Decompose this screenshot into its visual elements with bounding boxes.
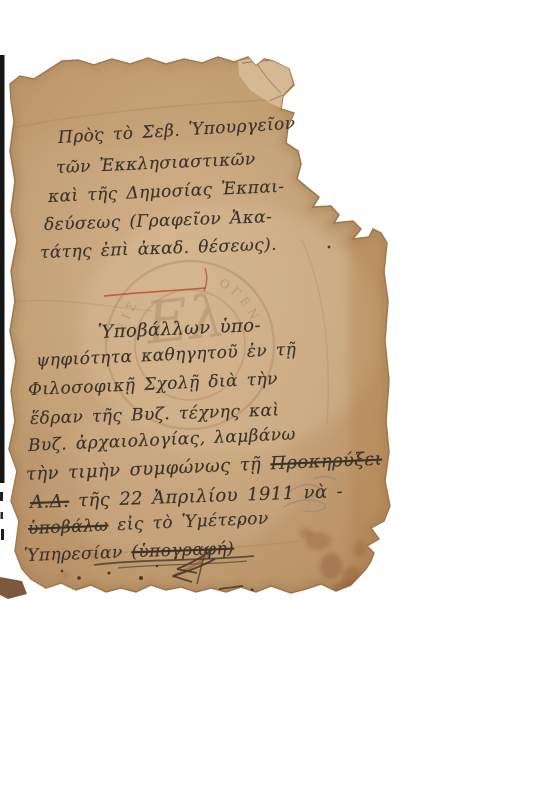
handwritten-line-2: τῶν Ἐκκλησιαστικῶν [56, 149, 256, 178]
handwritten-line-4: δεύσεως (Γραφεῖον Ἀκα- [44, 207, 273, 235]
handwritten-line-13: ὑποβάλω εἰς τὸ Ὑμέτερον [28, 509, 269, 539]
handwritten-line-8: Φιλοσοφικῇ Σχολῇ διὰ τὴν [28, 369, 279, 400]
handwritten-line-5: τάτης ἐπὶ ἀκαδ. θέσεως). [40, 235, 278, 263]
handwritten-line-11: τὴν τιμὴν συμφώνως τῇ Προκηρύξει [26, 448, 383, 485]
handwritten-line-10: Βυζ. ἀρχαιολογίας, λαμβάνω [28, 424, 296, 456]
handwritten-line-14: Ὑπηρεσίαν (ὑπογραφή) [24, 539, 235, 566]
handwritten-line-6: Ὑποβάλλων ὑπο- [98, 315, 262, 343]
handwritten-line-12: Α.Δ. τῆς 22 Ἀπριλίου 1911 νὰ - [30, 481, 344, 513]
handwritten-line-7: ψηφιότητα καθηγητοῦ ἐν τῇ [36, 340, 297, 371]
handwritten-line-9: ἕδραν τῆς Βυζ. τέχνης καὶ [30, 400, 280, 429]
handwritten-line-1: Πρὸς τὸ Σεβ. Ὑπουργεῖον [57, 114, 295, 148]
handwriting-layer: Πρὸς τὸ Σεβ. Ὑπουργεῖον τῶν Ἐκκλησιαστικ… [0, 0, 549, 800]
scanned-document-page: ΕΙΣ ΟΓΕΝ Ελ [0, 0, 549, 800]
handwritten-line-3: καὶ τῆς Δημοσίας Ἐκπαι- [48, 177, 285, 207]
